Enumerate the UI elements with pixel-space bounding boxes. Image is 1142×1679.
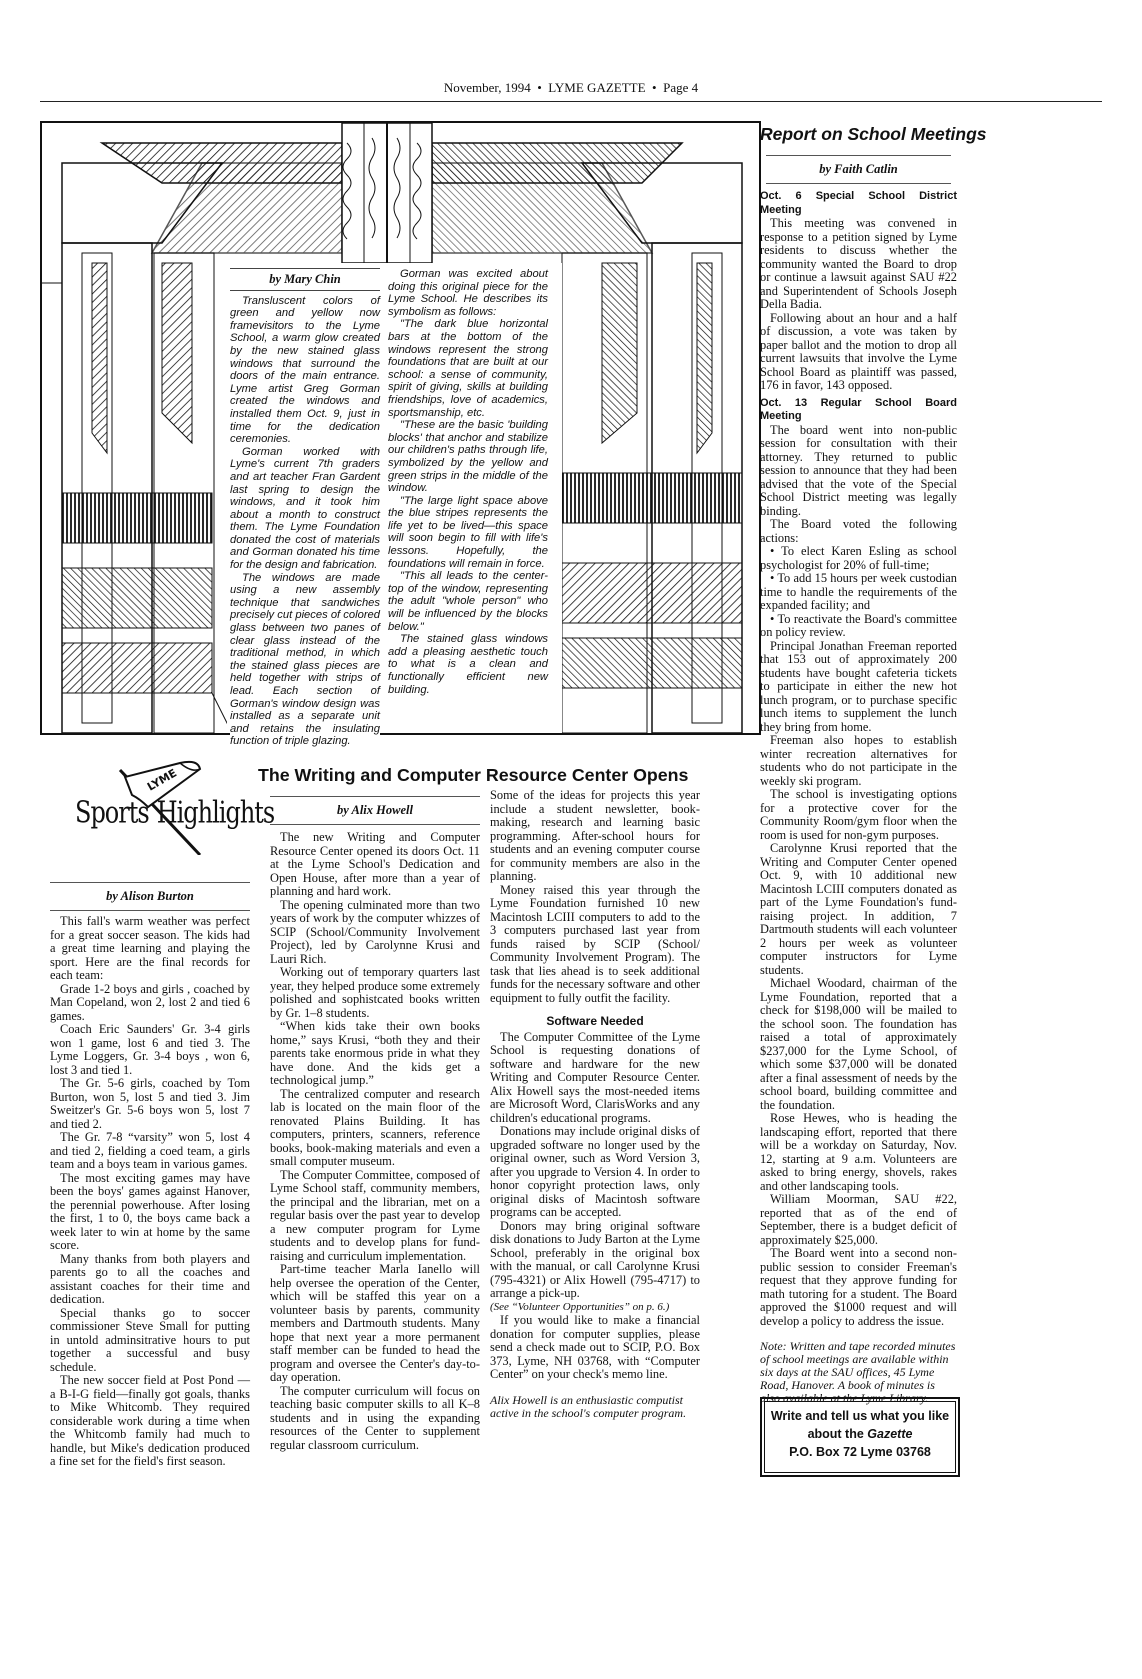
paragraph: Rose Hewes, who is heading the landscapi… bbox=[760, 1112, 957, 1193]
paragraph: The centralized computer and research la… bbox=[270, 1088, 480, 1169]
paragraph: Special thanks go to soccer commissioner… bbox=[50, 1307, 250, 1375]
bullet-item: • To elect Karen Esling as school psycho… bbox=[760, 545, 957, 572]
separator: • bbox=[537, 80, 542, 95]
stained-glass-byline: by Mary Chin bbox=[230, 268, 380, 291]
paragraph: Michael Woodard, chairman of the Lyme Fo… bbox=[760, 977, 957, 1112]
paragraph: The opening culminated more than two yea… bbox=[270, 899, 480, 967]
section-heading: Oct. 6 Special School District Meeting bbox=[760, 190, 957, 217]
paragraph: This meeting was convened in response to… bbox=[760, 217, 957, 312]
paragraph: William Moorman, SAU #22, reported that … bbox=[760, 1193, 957, 1247]
paragraph: “When kids take their own books home,” s… bbox=[270, 1020, 480, 1088]
write-box-address: P.O. Box 72 Lyme 03768 bbox=[765, 1443, 955, 1461]
section-heading: Oct. 13 Regular School Board Meeting bbox=[760, 397, 957, 424]
paragraph: The Gr. 5-6 girls, coached by Tom Burton… bbox=[50, 1077, 250, 1131]
paragraph: The new Writing and Computer Resource Ce… bbox=[270, 831, 480, 899]
paragraph: The Computer Committee of the Lyme Schoo… bbox=[490, 1031, 700, 1126]
paragraph: The Board went into a second non-public … bbox=[760, 1247, 957, 1328]
paragraph: The school is investigating options for … bbox=[760, 788, 957, 842]
write-to-us-box: Write and tell us what you like about th… bbox=[760, 1397, 960, 1477]
minutes-note: Note: Written and tape recorded minutes … bbox=[760, 1340, 957, 1405]
paragraph: If you would like to make a financial do… bbox=[490, 1314, 700, 1382]
issue-date: November, 1994 bbox=[444, 80, 531, 95]
paragraph: Many thanks from both players and parent… bbox=[50, 1253, 250, 1307]
author-note: Alix Howell is an enthusiastic computist… bbox=[490, 1394, 700, 1420]
paragraph: The board went into non-public session f… bbox=[760, 424, 957, 519]
writing-center-byline: by Alix Howell bbox=[270, 796, 480, 825]
bullet-item: • To reactivate the Board's committee on… bbox=[760, 613, 957, 640]
sports-title-right: Highlights bbox=[157, 795, 275, 830]
stained-glass-article-col2: Gorman was excited about doing this orig… bbox=[388, 268, 548, 696]
paragraph: Part-time teacher Marla Ianello will hel… bbox=[270, 1263, 480, 1385]
separator: • bbox=[652, 80, 657, 95]
paragraph: Principal Jonathan Freeman reported that… bbox=[760, 640, 957, 735]
paragraph: The new soccer field at Post Pond — a B-… bbox=[50, 1374, 250, 1469]
paragraph: The computer curriculum will focus on te… bbox=[270, 1385, 480, 1453]
report-byline: by Faith Catlin bbox=[766, 155, 951, 184]
report-headline: Report on School Meetings bbox=[760, 124, 957, 145]
see-also-note: (See “Volunteer Opportunities” on p. 6.) bbox=[490, 1301, 700, 1315]
paragraph: "The dark blue horizontal bars at the bo… bbox=[388, 318, 548, 419]
paragraph: Donors may bring original software disk … bbox=[490, 1220, 700, 1301]
paragraph: The Board voted the following actions: bbox=[760, 518, 957, 545]
stained-glass-article-col1: by Mary Chin Transluscent colors of gree… bbox=[230, 268, 380, 748]
sports-article: by Alison Burton This fall's warm weathe… bbox=[50, 882, 250, 1469]
sports-highlights-title: SportsHighlights bbox=[75, 795, 274, 830]
paragraph: Working out of temporary quarters last y… bbox=[270, 966, 480, 1020]
paragraph: Carolynne Krusi reported that the Writin… bbox=[760, 842, 957, 977]
masthead-rule bbox=[40, 101, 1102, 102]
page-number: Page 4 bbox=[663, 80, 698, 95]
write-box-line2: about the Gazette bbox=[765, 1425, 955, 1443]
paragraph: "The large light space above the blue st… bbox=[388, 495, 548, 571]
paragraph: Transluscent colors of green and yellow … bbox=[230, 295, 380, 446]
masthead: November, 1994 • LYME GAZETTE • Page 4 bbox=[40, 80, 1102, 96]
bullet-item: • To add 15 hours per week custodian tim… bbox=[760, 572, 957, 613]
gazette-name: Gazette bbox=[867, 1427, 912, 1441]
write-box-line1: Write and tell us what you like bbox=[765, 1407, 955, 1425]
writing-center-headline: The Writing and Computer Resource Center… bbox=[258, 765, 708, 786]
paragraph: Money raised this year through the Lyme … bbox=[490, 884, 700, 1006]
paragraph: Following about an hour and a half of di… bbox=[760, 312, 957, 393]
writing-center-col2: Some of the ideas for projects this year… bbox=[490, 789, 700, 1420]
sports-byline: by Alison Burton bbox=[50, 882, 250, 911]
software-needed-subhead: Software Needed bbox=[490, 1015, 700, 1029]
write-box-line2-prefix: about the bbox=[808, 1427, 868, 1441]
paragraph: Some of the ideas for projects this year… bbox=[490, 789, 700, 884]
paragraph: Coach Eric Saunders' Gr. 3-4 girls won 1… bbox=[50, 1023, 250, 1077]
paragraph: Gorman was excited about doing this orig… bbox=[388, 268, 548, 318]
paragraph: "This all leads to the center-top of the… bbox=[388, 570, 548, 633]
paragraph: The Gr. 7-8 “varsity” won 5, lost 4 and … bbox=[50, 1131, 250, 1172]
paragraph: Freeman also hopes to establish winter r… bbox=[760, 734, 957, 788]
paragraph: Gorman worked with Lyme's current 7th gr… bbox=[230, 446, 380, 572]
paragraph: The stained glass windows add a pleasing… bbox=[388, 633, 548, 696]
school-meetings-report: Report on School Meetings by Faith Catli… bbox=[760, 124, 957, 1405]
publication-name: LYME GAZETTE bbox=[548, 80, 645, 95]
paragraph: "These are the basic 'building blocks' t… bbox=[388, 419, 548, 495]
paragraph: The most exciting games may have been th… bbox=[50, 1172, 250, 1253]
paragraph: The Computer Committee, composed of Lyme… bbox=[270, 1169, 480, 1264]
paragraph: This fall's warm weather was perfect for… bbox=[50, 915, 250, 983]
paragraph: Donations may include original disks of … bbox=[490, 1125, 700, 1220]
writing-center-col1: by Alix Howell The new Writing and Compu… bbox=[270, 796, 480, 1452]
sports-title-left: Sports bbox=[75, 795, 149, 830]
paragraph: Grade 1-2 boys and girls , coached by Ma… bbox=[50, 983, 250, 1024]
paragraph: The windows are made using a new assembl… bbox=[230, 572, 380, 748]
